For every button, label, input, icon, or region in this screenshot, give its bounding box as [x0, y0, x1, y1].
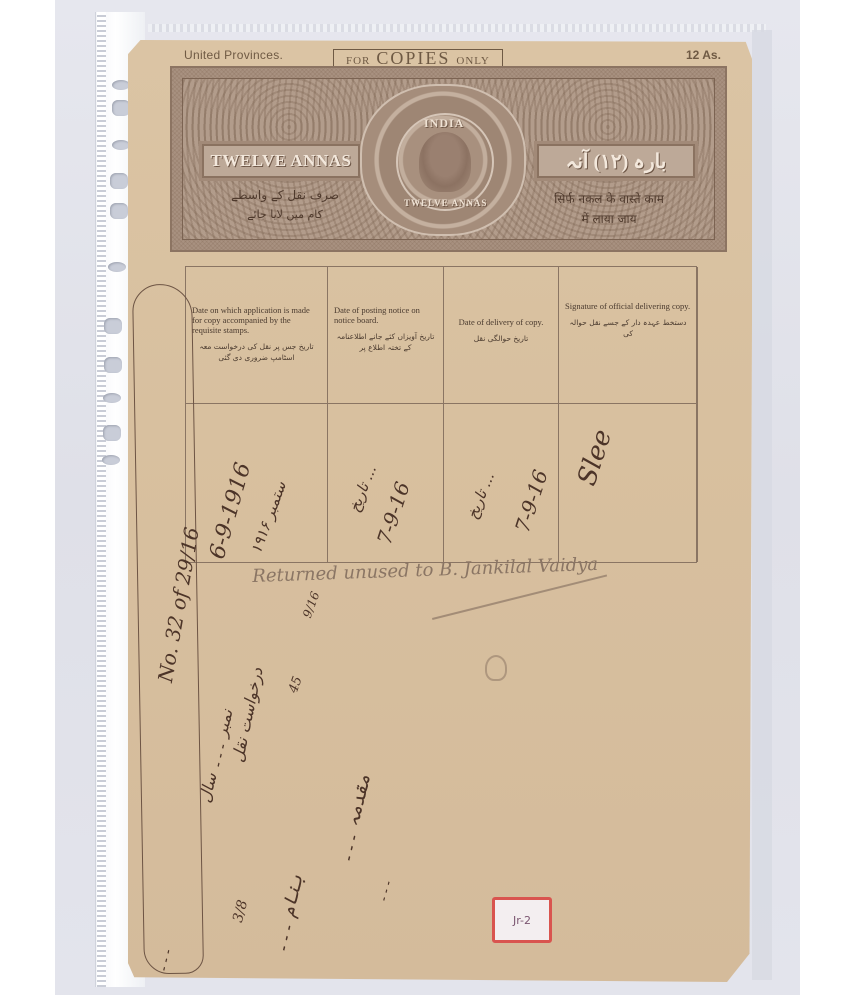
urdu-caption-line-2: کام میں لایا جائے	[220, 208, 350, 221]
hindi-caption-line-2: में लाया जाय	[529, 210, 689, 227]
punch-hole	[110, 203, 128, 219]
column-header: Date of delivery of copy. تاریخ حوالگی ن…	[450, 317, 552, 344]
punch-hole	[110, 173, 128, 189]
hindi-caption-line-1: सिर्फ नकल के वास्ते काम	[529, 190, 689, 207]
punch-hole	[112, 80, 130, 90]
king-portrait-medallion: INDIA TWELVE ANNAS	[360, 84, 526, 236]
punch-hole	[104, 357, 122, 373]
header-english: Signature of official delivering copy.	[565, 301, 690, 311]
medallion-country: INDIA	[424, 116, 464, 131]
punch-hole	[102, 455, 120, 465]
province-label: United Provinces.	[184, 48, 283, 68]
medallion-value: TWELVE ANNAS	[404, 198, 487, 208]
punch-hole	[108, 262, 126, 272]
column-header: Date on which application is made for co…	[192, 305, 321, 363]
catalog-sticker: Jr-2	[492, 897, 552, 943]
column-application-date: Date on which application is made for co…	[186, 267, 328, 562]
header-urdu: تاریخ جس پر نقل کی درخواست معہ اسٹامپ ضر…	[192, 341, 321, 363]
stamp-value: 12 As.	[686, 48, 721, 68]
punch-hole	[103, 425, 121, 441]
column-delivery-date: Date of delivery of copy. تاریخ حوالگی ن…	[444, 267, 559, 562]
punch-hole	[103, 393, 121, 403]
punch-hole	[112, 100, 130, 116]
urdu-caption-line-1: صرف نقل کے واسطے	[220, 188, 350, 202]
header-row-divider	[186, 403, 696, 404]
punch-hole	[104, 318, 122, 334]
king-portrait-icon	[419, 132, 471, 192]
header-urdu: دستخط عہدہ دار کے جسے نقل حوالہ کی	[565, 317, 691, 339]
heading-main: COPIES	[376, 48, 450, 68]
sleeve-right-edge	[752, 30, 772, 980]
header-english: Date of posting notice on notice board.	[334, 305, 420, 325]
denomination-english: TWELVE ANNAS	[202, 144, 360, 178]
header-urdu: تاریخ آویزاں کئے جانے اطلاعنامہ کے تختہ …	[334, 331, 437, 353]
header-english: Date on which application is made for co…	[192, 305, 310, 335]
seal-mark-icon	[485, 655, 507, 681]
for-copies-only-heading: FORCOPIESONLY	[333, 49, 503, 66]
header-english: Date of delivery of copy.	[459, 317, 544, 327]
revenue-stamp-block: TWELVE ANNAS بارہ (۱۲) آنہ صرف نقل کے وا…	[170, 66, 727, 252]
sleeve-top-edge	[148, 24, 766, 32]
column-official-signature: Signature of official delivering copy. د…	[559, 267, 698, 562]
column-header: Signature of official delivering copy. د…	[565, 301, 691, 339]
denomination-urdu: بارہ (۱۲) آنہ	[537, 144, 695, 178]
punch-hole	[112, 140, 130, 150]
column-header: Date of posting notice on notice board. …	[334, 305, 437, 353]
binder-perforation	[97, 12, 106, 987]
header-urdu: تاریخ حوالگی نقل	[450, 333, 552, 344]
